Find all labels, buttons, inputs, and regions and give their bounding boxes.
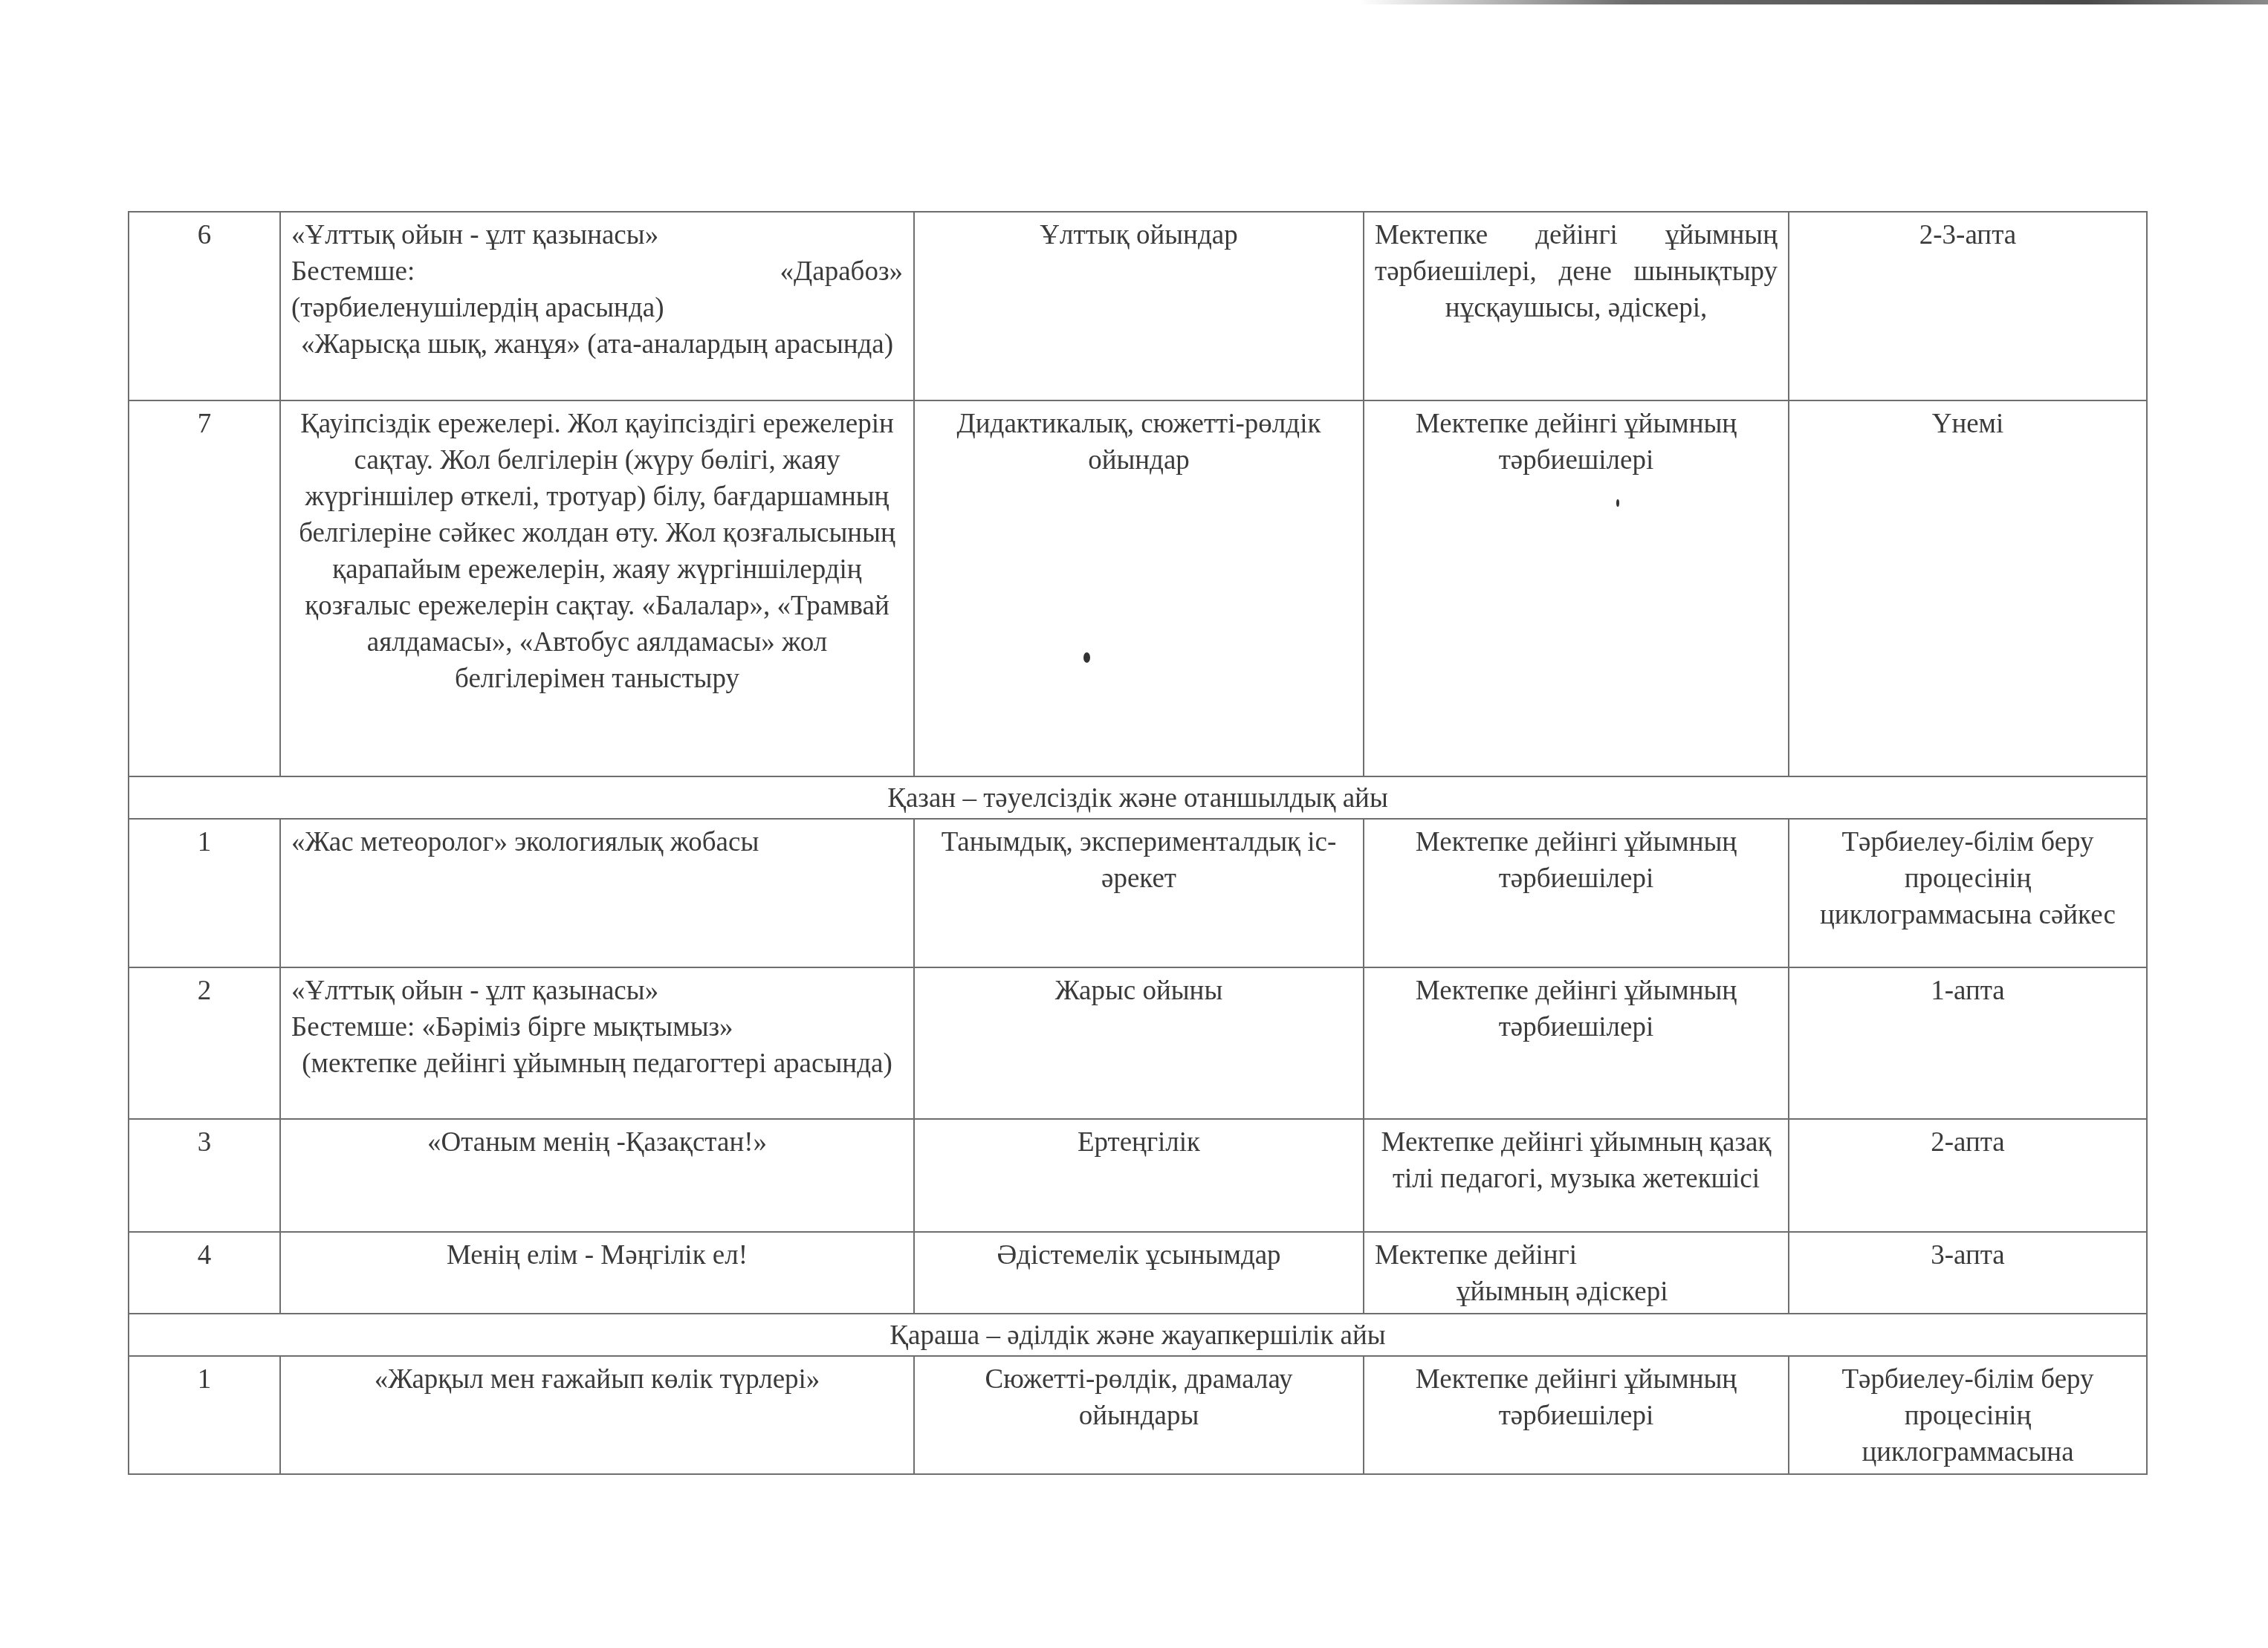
- form-cell: Ертеңгілік: [914, 1119, 1364, 1232]
- table-row: 1 «Жарқыл мен ғажайып көлік түрлері» Сюж…: [129, 1356, 2147, 1474]
- form-cell: Танымдық, эксперименталдық іс-әрекет: [914, 819, 1364, 967]
- event-line: (мектепке дейінгі ұйымның педагогтері ар…: [291, 1045, 903, 1082]
- responsible-cell: Мектепке дейінгі ұйымның тәрбиешілері: [1364, 400, 1789, 776]
- section-title: Қазан – тәуелсіздік және отаншылдық айы: [129, 776, 2147, 819]
- form-cell: Жарыс ойыны: [914, 967, 1364, 1119]
- event-line: Бестемше: «Дарабоз»: [291, 253, 903, 290]
- form-cell: Әдістемелік ұсынымдар: [914, 1232, 1364, 1314]
- deadline-cell: Үнемі: [1789, 400, 2147, 776]
- row-number: 3: [129, 1119, 280, 1232]
- row-number: 2: [129, 967, 280, 1119]
- event-cell: «Ұлттық ойын - ұлт қазынасы» Бестемше: «…: [280, 212, 914, 400]
- responsible-line: Мектепке дейінгі: [1375, 1237, 1778, 1274]
- table-row: 4 Менің елім - Мәңгілік ел! Әдістемелік …: [129, 1232, 2147, 1314]
- form-cell: Сюжетті-рөлдік, драмалау ойындары: [914, 1356, 1364, 1474]
- scan-speck: [1616, 499, 1619, 507]
- responsible-cell: Мектепке дейінгі ұйымның тәрбиешілері: [1364, 967, 1789, 1119]
- responsible-cell: Мектепке дейінгі ұйымның әдіскері: [1364, 1232, 1789, 1314]
- table-row: 2 «Ұлттық ойын - ұлт қазынасы» Бестемше:…: [129, 967, 2147, 1119]
- deadline-cell: 3-апта: [1789, 1232, 2147, 1314]
- table-row: 1 «Жас метеоролог» экологиялық жобасы Та…: [129, 819, 2147, 967]
- responsible-cell: Мектепке дейінгі ұйымның тәрбиешілері, д…: [1364, 212, 1789, 400]
- responsible-line: ұйымның әдіскері: [1375, 1274, 1778, 1310]
- scan-speck: [1083, 652, 1090, 663]
- event-cell: «Жас метеоролог» экологиялық жобасы: [280, 819, 914, 967]
- deadline-cell: 1-апта: [1789, 967, 2147, 1119]
- row-number: 6: [129, 212, 280, 400]
- table-row: 6 «Ұлттық ойын - ұлт қазынасы» Бестемше:…: [129, 212, 2147, 400]
- event-cell: «Отаным менің -Қазақстан!»: [280, 1119, 914, 1232]
- section-header-row: Қараша – әділдік және жауапкершілік айы: [129, 1314, 2147, 1356]
- event-line-part: «Дарабоз»: [780, 253, 903, 290]
- event-line: «Ұлттық ойын - ұлт қазынасы»: [291, 973, 903, 1009]
- event-plan-table: 6 «Ұлттық ойын - ұлт қазынасы» Бестемше:…: [128, 211, 2148, 1475]
- event-line: «Ұлттық ойын - ұлт қазынасы»: [291, 217, 903, 253]
- event-cell: Менің елім - Мәңгілік ел!: [280, 1232, 914, 1314]
- event-cell: Қауіпсіздік ережелері. Жол қауіпсіздігі …: [280, 400, 914, 776]
- event-line: Бестемше: «Бәріміз бірге мықтымыз»: [291, 1009, 903, 1045]
- row-number: 7: [129, 400, 280, 776]
- event-line: «Жарысқа шық, жанұя» (ата-аналардың арас…: [291, 326, 903, 363]
- table-row: 7 Қауіпсіздік ережелері. Жол қауіпсіздіг…: [129, 400, 2147, 776]
- form-cell: Ұлттық ойындар: [914, 212, 1364, 400]
- deadline-cell: 2-апта: [1789, 1119, 2147, 1232]
- row-number: 4: [129, 1232, 280, 1314]
- event-cell: «Жарқыл мен ғажайып көлік түрлері»: [280, 1356, 914, 1474]
- deadline-cell: 2-3-апта: [1789, 212, 2147, 400]
- section-header-row: Қазан – тәуелсіздік және отаншылдық айы: [129, 776, 2147, 819]
- section-title: Қараша – әділдік және жауапкершілік айы: [129, 1314, 2147, 1356]
- row-number: 1: [129, 819, 280, 967]
- table-row: 3 «Отаным менің -Қазақстан!» Ертеңгілік …: [129, 1119, 2147, 1232]
- scan-edge-shadow: [1360, 0, 2268, 4]
- event-line: (тәрбиеленушілердің арасында): [291, 290, 903, 326]
- responsible-cell: Мектепке дейінгі ұйымның тәрбиешілері: [1364, 819, 1789, 967]
- form-cell: Дидактикалық, сюжетті-рөлдік ойындар: [914, 400, 1364, 776]
- event-cell: «Ұлттық ойын - ұлт қазынасы» Бестемше: «…: [280, 967, 914, 1119]
- deadline-cell: Тәрбиелеу-білім беру процесінің циклогра…: [1789, 1356, 2147, 1474]
- row-number: 1: [129, 1356, 280, 1474]
- responsible-cell: Мектепке дейінгі ұйымның тәрбиешілері: [1364, 1356, 1789, 1474]
- event-line-part: Бестемше:: [291, 253, 415, 290]
- responsible-cell: Мектепке дейінгі ұйымның қазақ тілі педа…: [1364, 1119, 1789, 1232]
- deadline-cell: Тәрбиелеу-білім беру процесінің циклогра…: [1789, 819, 2147, 967]
